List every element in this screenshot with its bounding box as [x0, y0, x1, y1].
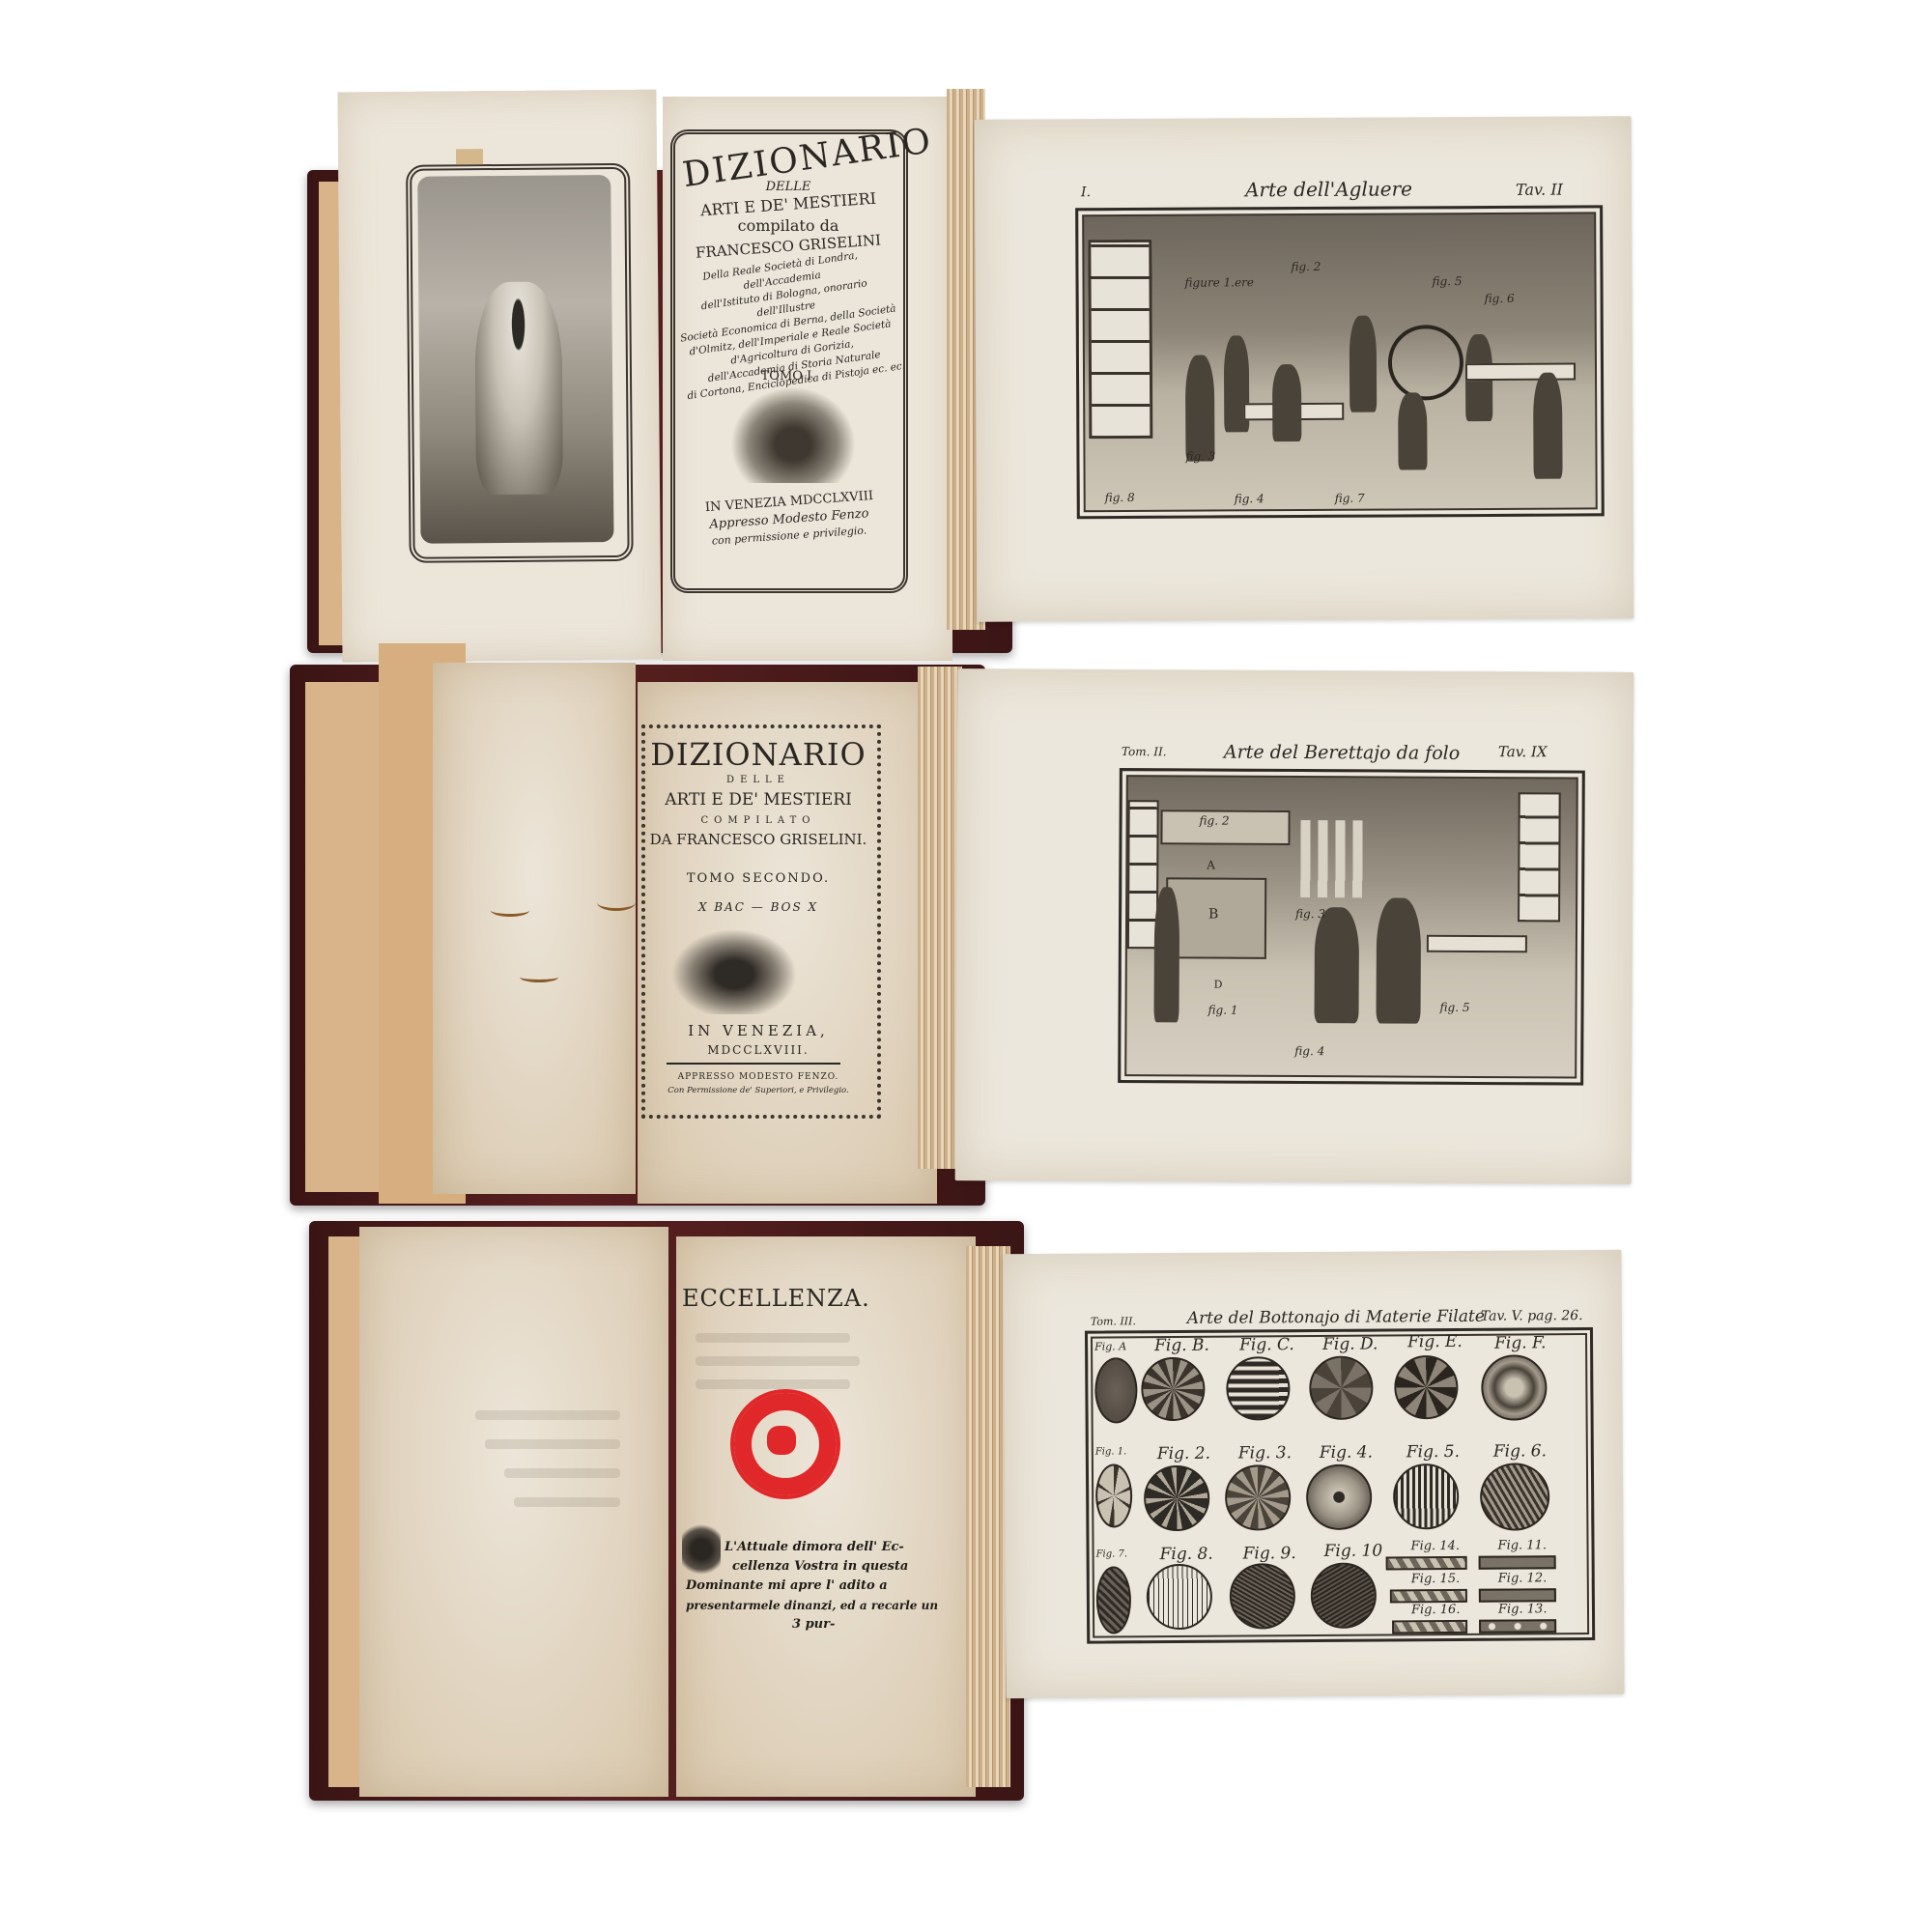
- fig-label: fig. 3: [1295, 907, 1325, 921]
- fig-label: fig. 3: [1185, 449, 1215, 463]
- plate-left-header: I.: [1081, 185, 1091, 200]
- fig-label: fig. 4: [1235, 492, 1264, 505]
- fig-label: Fig. 10: [1323, 1542, 1382, 1561]
- allegorical-woman-figure: [474, 281, 563, 495]
- worker-figure: [1533, 373, 1563, 479]
- frontispiece-engraving: [417, 175, 613, 544]
- fig-label: fig. 2: [1291, 260, 1321, 273]
- title-delle: DELLE: [647, 775, 869, 785]
- fig-label: Fig. A: [1094, 1340, 1126, 1352]
- plate-engraving-cap-maker: fig. 2 A B D fig. 3 fig. 1 fig. 4 fig. 5: [1118, 768, 1585, 1086]
- plate-left-header: Tom. III.: [1091, 1315, 1136, 1327]
- volume3-blank-flyleaf: [359, 1227, 668, 1797]
- fig-label: Fig. B.: [1154, 1336, 1209, 1355]
- fig-label: fig. 4: [1294, 1044, 1324, 1058]
- publisher: APPRESSO MODESTO FENZO.: [647, 1072, 869, 1082]
- fig-label: Fig. 6.: [1493, 1441, 1547, 1461]
- fig-label: Fig. 7.: [1096, 1548, 1128, 1559]
- window: [1088, 240, 1152, 439]
- plate-title: Arte dell'Agluere: [1245, 177, 1412, 201]
- fig-label: fig. 5: [1432, 274, 1462, 288]
- button-design-1: [1095, 1463, 1132, 1527]
- show-through-text: [696, 1379, 850, 1389]
- braid-strip-16: [1392, 1620, 1467, 1634]
- volume2-title-page: DIZIONARIO DELLE ARTI E DE' MESTIERI COM…: [638, 682, 937, 1204]
- fig-label: Fig. 5.: [1406, 1442, 1460, 1462]
- fig-label: fig. 8: [1105, 491, 1135, 504]
- fig-label: Fig. 13.: [1498, 1602, 1548, 1616]
- fig-label: Fig. 12.: [1498, 1571, 1548, 1585]
- rule: [667, 1063, 840, 1065]
- plate-number: Tav. II: [1516, 181, 1563, 199]
- fig-label: Fig. E.: [1407, 1332, 1463, 1351]
- text-line: 3 pur-: [724, 1615, 956, 1634]
- worker-figure: [1185, 355, 1215, 461]
- fig-label: Fig. 15.: [1411, 1572, 1461, 1586]
- worker-figure: [1314, 907, 1359, 1023]
- printer-ornament: [667, 925, 802, 1014]
- fig-label: Fig. D.: [1322, 1335, 1378, 1354]
- text-line: presentarmele dinanzi, ed a recarle un: [686, 1596, 956, 1615]
- worker-figure: [1350, 316, 1378, 412]
- button-design-3: [1225, 1464, 1291, 1530]
- fig-label: fig. 7: [1335, 492, 1365, 505]
- fig-label: Fig. C.: [1239, 1335, 1294, 1354]
- button-design-9: [1230, 1563, 1295, 1629]
- fig-label: fig. 6: [1485, 292, 1515, 305]
- text-line: L'Attuale dimora dell' Ec-: [724, 1538, 956, 1557]
- show-through-text: [485, 1439, 620, 1449]
- fig-label: Fig. 8.: [1160, 1545, 1213, 1564]
- dedication-text: L'Attuale dimora dell' Ec- cellenza Vost…: [724, 1538, 956, 1634]
- volume2-foldout-plate: Tom. II. Arte del Berettajo da folo Tav.…: [955, 668, 1634, 1184]
- letter-label: A: [1207, 859, 1215, 872]
- fig-label: Fig. 3.: [1238, 1443, 1292, 1463]
- volume-range: X BAC — BOS X: [647, 900, 869, 914]
- title-vignette: [730, 386, 856, 483]
- dedication-heading: ECCELLENZA.: [682, 1285, 870, 1312]
- plate-number: Tav. IX: [1498, 743, 1548, 760]
- button-design-5: [1393, 1463, 1459, 1529]
- tome-number: TOMO SECONDO.: [647, 871, 869, 886]
- volume1-frontispiece-page: [337, 90, 661, 663]
- fig-label: Fig. 11.: [1497, 1538, 1547, 1552]
- title-text: DIZIONARIO: [647, 736, 869, 773]
- button-design-c: [1226, 1356, 1290, 1420]
- volume1-title-page: DIZIONARIO DELLE ARTI E DE' MESTIERI com…: [663, 97, 952, 661]
- window: [1518, 792, 1561, 922]
- imprint-city: IN VENEZIA,: [647, 1022, 869, 1039]
- fig-label: Fig. 9.: [1243, 1544, 1296, 1563]
- wormhole: [520, 972, 558, 982]
- fig-label: Fig. F.: [1494, 1333, 1547, 1352]
- volume3-foldout-plate: Tom. III. Arte del Bottonajo di Materie …: [1003, 1250, 1624, 1698]
- privilege: Con Permissione de' Superiori, e Privile…: [647, 1086, 869, 1095]
- table: [1465, 363, 1576, 382]
- button-design-f: [1481, 1354, 1547, 1420]
- plate-number: Tav. V. pag. 26.: [1481, 1308, 1583, 1324]
- table: [1427, 935, 1527, 953]
- wormhole: [491, 904, 529, 917]
- fig-label: fig. 1: [1208, 1004, 1238, 1017]
- tome-number: TOMO I.: [682, 369, 895, 384]
- fig-label: Fig. 14.: [1410, 1539, 1460, 1553]
- plate-left-header: Tom. II.: [1122, 745, 1167, 758]
- show-through-text: [514, 1497, 620, 1507]
- show-through-text: [696, 1333, 850, 1343]
- title-compilato: COMPILATO: [647, 815, 869, 826]
- historiated-initial: [682, 1522, 721, 1577]
- imprint-year: MDCCLXVIII.: [647, 1043, 869, 1057]
- worker-figure: [1272, 364, 1301, 441]
- fig-label: fig. 5: [1440, 1001, 1470, 1014]
- button-design-b: [1141, 1357, 1205, 1421]
- worker-figure: [1398, 392, 1427, 469]
- button-design-e: [1394, 1355, 1458, 1419]
- show-through-text: [504, 1468, 620, 1478]
- button-design-d: [1309, 1356, 1373, 1420]
- volume1-foldout-plate: I. Arte dell'Agluere Tav. II figure 1.er…: [975, 116, 1634, 622]
- braid-strip-14: [1386, 1556, 1467, 1571]
- fig-label: Fig. 16.: [1411, 1603, 1461, 1617]
- plate-engraving-workshop: figure 1.ere fig. 2 fig. 3 fig. 5 fig. 6…: [1075, 205, 1605, 519]
- letter-label: B: [1208, 907, 1218, 923]
- button-design-7: [1096, 1566, 1131, 1634]
- volume2-blank-flyleaf: [433, 663, 636, 1194]
- braid-strip-15: [1390, 1589, 1467, 1604]
- fig-label: Fig. 4.: [1320, 1443, 1373, 1463]
- stain: [456, 149, 483, 164]
- author-name: DA FRANCESCO GRISELINI.: [647, 831, 869, 848]
- button-design-a: [1094, 1357, 1137, 1423]
- show-through-text: [475, 1410, 620, 1420]
- button-design-4: [1306, 1464, 1372, 1530]
- wormhole: [597, 895, 636, 911]
- worker-figure: [1153, 887, 1179, 1022]
- library-stamp: [730, 1389, 840, 1499]
- button-design-2: [1144, 1465, 1209, 1531]
- braid-strip-11: [1479, 1555, 1556, 1570]
- show-through-text: [696, 1356, 860, 1366]
- fig-label: Fig. 1.: [1095, 1446, 1127, 1457]
- fig-label: figure 1.ere: [1184, 275, 1254, 289]
- button-design-8: [1147, 1564, 1212, 1630]
- spinning-wheel: [1388, 325, 1463, 400]
- braid-strip-13: [1479, 1619, 1556, 1634]
- volume2-pastedown: [305, 682, 383, 1192]
- braid-strip-12: [1479, 1588, 1556, 1603]
- text-line: cellenza Vostra in questa: [724, 1557, 956, 1577]
- plate-title: Arte del Berettajo da folo: [1224, 742, 1460, 764]
- title-arti: ARTI E DE' MESTIERI: [647, 790, 869, 810]
- hanging-stockings: [1300, 820, 1368, 897]
- stamp-emblem: [767, 1426, 796, 1455]
- volume3-dedication-page: ECCELLENZA. L'Attuale dimora dell' Ec- c…: [676, 1236, 976, 1797]
- button-design-6: [1480, 1463, 1549, 1531]
- button-design-10: [1311, 1563, 1377, 1629]
- fig-label: Fig. 2.: [1157, 1444, 1210, 1463]
- letter-label: D: [1214, 979, 1223, 991]
- fig-label: fig. 2: [1200, 813, 1230, 827]
- worker-figure: [1376, 897, 1421, 1023]
- text-line: Dominante mi apre l' adito a: [686, 1577, 956, 1596]
- plate-title: Arte del Bottonajo di Materie Filate: [1187, 1307, 1485, 1328]
